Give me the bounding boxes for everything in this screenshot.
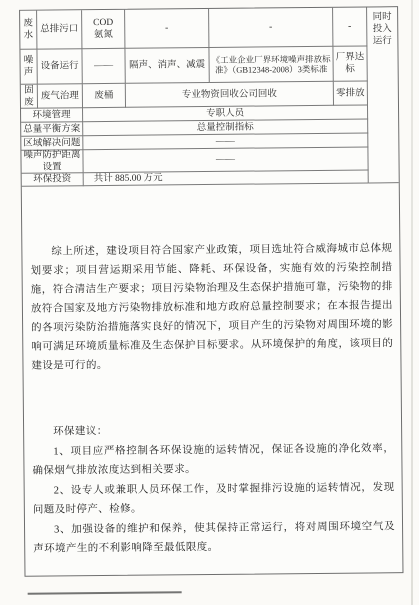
- suggestion-item-1: 1、项目应严格控制各环保设施的运转情况，保证各设施的净化效率，确保烟气排放浓度达…: [32, 439, 394, 481]
- cell-noise-measure: 隔声、消声、减震: [125, 48, 209, 84]
- cell-solidwaste-factor: 废桶: [83, 84, 126, 108]
- cell-noise-factor: ——: [82, 49, 125, 84]
- cell-noise-result: 厂界达标: [333, 46, 367, 81]
- cell-noise-distance-value: ——: [83, 147, 368, 173]
- footnote-divider: [28, 591, 182, 594]
- suggestions-block: 环保建议： 1、项目应严格控制各环保设施的运转情况，保证各设施的净化效率，确保烟…: [32, 419, 395, 559]
- cell-noise-source: 设备运行: [37, 49, 82, 84]
- cell-solidwaste-source: 废气治理: [38, 84, 83, 108]
- cell-wastewater-standard: -: [209, 8, 333, 48]
- suggestion-item-2: 2、设专人或兼职人员环保工作，及时掌握排污设施的运转情况，发现问题及时停产、检修…: [33, 478, 395, 520]
- cell-env-management-label: 环境管理: [21, 108, 83, 123]
- scan-page-edge: [411, 0, 413, 605]
- form-frame: 废水 总排污口 COD 氨氮 - - - 噪声 设备运行 —— 隔声、消声、减震…: [19, 6, 403, 577]
- cell-noise-category: 噪声: [20, 50, 37, 85]
- cell-wastewater-result: -: [333, 7, 367, 46]
- cell-solidwaste-category: 固废: [21, 85, 38, 109]
- cell-noise-standard: 《工业企业厂界环境噪声排放标准》（GB12348-2008）3类标准: [209, 47, 333, 83]
- cell-side-note: 同时投入运行: [367, 7, 399, 183]
- cell-solidwaste-result: 零排放: [334, 81, 368, 105]
- cell-wastewater-factor: COD 氨氮: [82, 10, 125, 49]
- cell-noise-distance-label: 噪声防护距离设置: [21, 150, 83, 174]
- scanned-page: 废水 总排污口 COD 氨氮 - - - 噪声 设备运行 —— 隔声、消声、减震…: [0, 0, 419, 605]
- cell-wastewater-measure: -: [125, 9, 209, 49]
- cell-wastewater-source: 总排污口: [37, 10, 82, 49]
- conclusion-paragraph: 综上所述，建设项目符合国家产业政策，项目选址符合威海城市总体规划要求；项目营运期…: [30, 239, 393, 375]
- text-section: 综上所述，建设项目符合国家产业政策，项目选址符合威海城市总体规划要求；项目营运期…: [22, 183, 403, 577]
- cell-wastewater-category: 废水: [20, 11, 37, 50]
- suggestion-item-3: 3、加强设备的维护和保养，使其保持正常运行，将对周围环境空气及声环境产生的不利影…: [33, 517, 395, 559]
- cell-total-balance-label: 总量平衡方案: [21, 122, 83, 137]
- cell-solidwaste-measure: 专业物资回收公司回收: [126, 82, 334, 108]
- cell-env-investment-label: 环保投资: [22, 173, 84, 187]
